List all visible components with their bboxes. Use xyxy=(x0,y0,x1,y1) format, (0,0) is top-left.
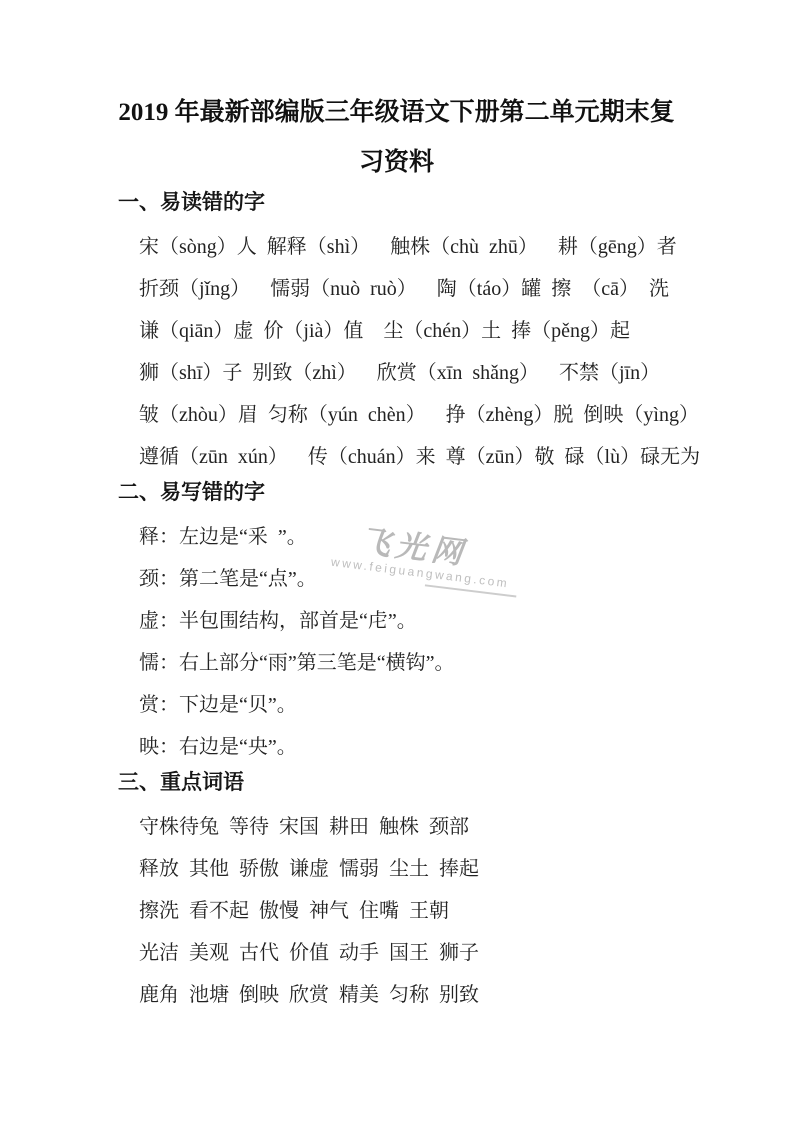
section-miswritten-characters: 释：左边是“釆 ”。 颈：第二笔是“点”。 虚：半包围结构，部首是“虍”。 懦：… xyxy=(0,516,793,768)
title-line-1: 2019 年最新部编版三年级语文下册第二单元期末复 xyxy=(62,88,731,138)
stroke-note-line: 释：左边是“釆 ”。 xyxy=(139,516,733,558)
pinyin-line: 谦（qiān）虚 价（jià）值 尘（chén）土 捧（pěng）起 xyxy=(139,310,733,352)
stroke-note-line: 虚：半包围结构，部首是“虍”。 xyxy=(139,600,733,642)
section-heading-key-words: 三、重点词语 xyxy=(118,768,793,798)
title-line-2: 习资料 xyxy=(62,138,731,188)
pinyin-line: 狮（shī）子 别致（zhì） 欣赏（xīn shǎng） 不禁（jīn） xyxy=(139,352,733,394)
stroke-note-line: 赏：下边是“贝”。 xyxy=(139,684,733,726)
pinyin-line: 宋（sòng）人 解释（shì） 触株（chù zhū） 耕（gēng）者 xyxy=(139,226,733,268)
section-heading-misread-characters: 一、易读错的字 xyxy=(118,188,793,218)
section-misread-characters: 宋（sòng）人 解释（shì） 触株（chù zhū） 耕（gēng）者 折颈… xyxy=(0,226,793,478)
section-heading-miswritten-characters: 二、易写错的字 xyxy=(118,478,793,508)
word-list-line: 释放 其他 骄傲 谦虚 懦弱 尘土 捧起 xyxy=(139,848,733,890)
word-list-line: 守株待兔 等待 宋国 耕田 触株 颈部 xyxy=(139,806,733,848)
pinyin-line: 折颈（jǐng） 懦弱（nuò ruò） 陶（táo）罐 擦 （cā） 洗 xyxy=(139,268,733,310)
stroke-note-line: 懦：右上部分“雨”第三笔是“横钩”。 xyxy=(139,642,733,684)
pinyin-line: 皱（zhòu）眉 匀称（yún chèn） 挣（zhèng）脱 倒映（yìng） xyxy=(139,394,733,436)
section-key-words: 守株待兔 等待 宋国 耕田 触株 颈部 释放 其他 骄傲 谦虚 懦弱 尘土 捧起… xyxy=(0,806,793,1016)
word-list-line: 擦洗 看不起 傲慢 神气 住嘴 王朝 xyxy=(139,890,733,932)
document-page: 2019 年最新部编版三年级语文下册第二单元期末复 习资料 一、易读错的字 宋（… xyxy=(0,0,793,1016)
word-list-line: 光洁 美观 古代 价值 动手 国王 狮子 xyxy=(139,932,733,974)
stroke-note-line: 颈：第二笔是“点”。 xyxy=(139,558,733,600)
pinyin-line: 遵循（zūn xún） 传（chuán）来 尊（zūn）敬 碌（lù）碌无为 xyxy=(139,436,733,478)
stroke-note-line: 映：右边是“央”。 xyxy=(139,726,733,768)
document-title: 2019 年最新部编版三年级语文下册第二单元期末复 习资料 xyxy=(62,0,731,188)
word-list-line: 鹿角 池塘 倒映 欣赏 精美 匀称 别致 xyxy=(139,974,733,1016)
